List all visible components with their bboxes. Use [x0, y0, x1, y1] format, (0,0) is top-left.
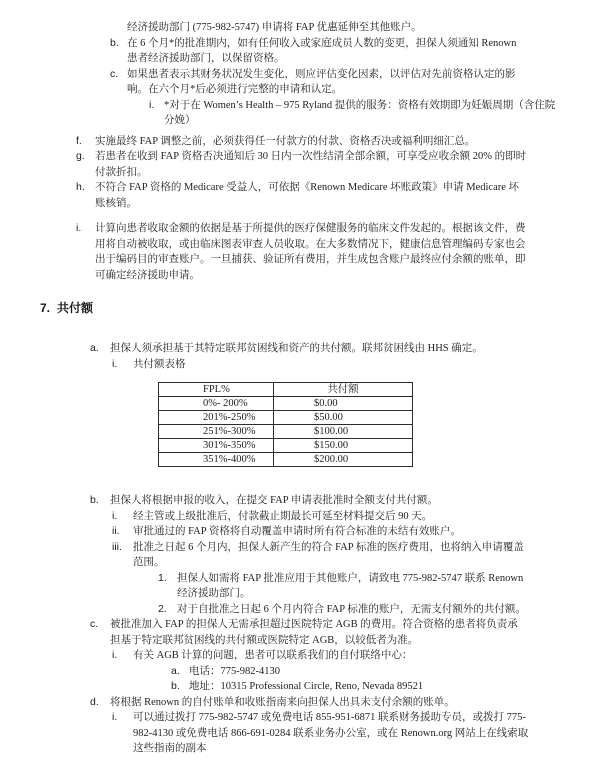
item-marker: f. [76, 134, 82, 150]
item-text: *对于在 Women’s Health – 975 Ryland 提供的服务：资… [164, 100, 555, 127]
item-text: 实施最终 FAP 调整之前，必须获得任一付款方的付款、资格否决或福利明细汇总。 [95, 136, 475, 147]
item-marker: ii. [112, 524, 120, 540]
item-marker: 1. [158, 571, 167, 587]
copay-cell-fpl: 301%-350% [159, 439, 274, 453]
item-text: 对于自批准之日起 6 个月内符合 FAP 标准的账户，无需支付额外的共付额。 [177, 604, 526, 615]
copay-cell-fpl: 0%- 200% [159, 397, 274, 411]
item-marker: c. [110, 67, 118, 83]
item-marker: i. [76, 221, 81, 237]
sec6-continuation-paragraph: 经济援助部门 (775-982-5747) 申请将 FAP 优惠延伸至其他账户。 [0, 20, 600, 36]
item-marker: b. [171, 679, 180, 695]
copay-table-row: 351%-400% $200.00 [159, 453, 413, 467]
paragraph-text: 经济援助部门 (775-982-5747) 申请将 FAP 优惠延伸至其他账户。 [127, 22, 422, 33]
item-text: 计算向患者收取金额的依据是基于所提供的医疗保健服务的临床文件发起的。根据该文件，… [95, 223, 526, 281]
sec7-item-d-i: i. 可以通过拨打 775-982-5747 或免费电话 855-951-687… [0, 710, 600, 757]
sec7-item-b: b. 担保人将根据申报的收入，在提交 FAP 申请表批准时全额支付共付额。 [0, 493, 600, 509]
item-marker: 2. [158, 602, 167, 618]
copay-table-row: 201%-250% $50.00 [159, 411, 413, 425]
item-text: 批准之日起 6 个月内，担保人新产生的符合 FAP 标准的医疗费用，也将纳入申请… [133, 542, 524, 569]
copay-table-row: 0%- 200% $0.00 [159, 397, 413, 411]
item-marker: c. [90, 617, 98, 633]
item-text: 将根据 Renown 的自付账单和收账指南来向担保人出具未支付余额的账单。 [110, 697, 455, 708]
item-text: 可以通过拨打 775-982-5747 或免费电话 855-951-6871 联… [133, 712, 528, 754]
copay-table: FPL% 共付额 0%- 200% $0.00 201%-250% $50.00… [158, 382, 413, 467]
sec7-item-b-i: i. 经主管或上级批准后，付款截止期最长可延至材料提交后 90 天。 [0, 509, 600, 525]
item-marker: iii. [112, 540, 122, 556]
sec6-item-h: h. 不符合 FAP 资格的 Medicare 受益人，可依据《Renown M… [0, 180, 600, 211]
item-text: 担保人须承担基于其特定联邦贫困线和资产的共付额。联邦贫困线由 HHS 确定。 [110, 343, 483, 354]
copay-cell-fpl: 201%-250% [159, 411, 274, 425]
item-marker: i. [112, 509, 117, 525]
item-marker: d. [90, 695, 99, 711]
item-text: 审批通过的 FAP 资格将自动覆盖申请时所有符合标准的未结有效账户。 [133, 526, 461, 537]
sec7-item-a: a. 担保人须承担基于其特定联邦贫困线和资产的共付额。联邦贫困线由 HHS 确定… [0, 341, 600, 357]
item-text: 担保人将根据申报的收入，在提交 FAP 申请表批准时全额支付共付额。 [110, 495, 438, 506]
sec7-item-c: c. 被批准加入 FAP 的担保人无需承担超过医院特定 AGB 的费用。符合资格… [0, 617, 600, 648]
copay-table-header-row: FPL% 共付额 [159, 383, 413, 397]
section-title: 共付额 [57, 301, 93, 315]
copay-cell-amount: $50.00 [274, 411, 413, 425]
sec7-item-c-i-a-phone: a. 电话：775-982-4130 [0, 664, 600, 680]
copay-cell-amount: $150.00 [274, 439, 413, 453]
sec6-item-g: g. 若患者在收到 FAP 资格否决通知后 30 日内一次性结清全部余额，可享受… [0, 149, 600, 180]
copay-table-row: 301%-350% $150.00 [159, 439, 413, 453]
sec6-item-b: b. 在 6 个月*的批准期内，如有任何收入或家庭成员人数的变更，担保人须通知 … [0, 36, 600, 67]
sec7-item-b-ii: ii. 审批通过的 FAP 资格将自动覆盖申请时所有符合标准的未结有效账户。 [0, 524, 600, 540]
sec7-item-b-iii: iii. 批准之日起 6 个月内，担保人新产生的符合 FAP 标准的医疗费用，也… [0, 540, 600, 571]
item-text: 经主管或上级批准后，付款截止期最长可延至材料提交后 90 天。 [133, 511, 432, 522]
item-text: 有关 AGB 计算的问题，患者可以联系我们的自付联络中心： [133, 650, 412, 661]
copay-header-amount: 共付额 [274, 383, 413, 397]
sec7-item-b-iii-1: 1. 担保人如需将 FAP 批准应用于其他账户，请致电 775-982-5747… [0, 571, 600, 602]
sec6-item-f: f. 实施最终 FAP 调整之前，必须获得任一付款方的付款、资格否决或福利明细汇… [0, 134, 600, 150]
copay-table-row: 251%-300% $100.00 [159, 425, 413, 439]
sec7-item-b-iii-2: 2. 对于自批准之日起 6 个月内符合 FAP 标准的账户，无需支付额外的共付额… [0, 602, 600, 618]
item-marker: i. [112, 710, 117, 726]
sec6-item-i: i. 计算向患者收取金额的依据是基于所提供的医疗保健服务的临床文件发起的。根据该… [0, 221, 600, 283]
copay-cell-amount: $0.00 [274, 397, 413, 411]
copay-cell-fpl: 251%-300% [159, 425, 274, 439]
item-text: 担保人如需将 FAP 批准应用于其他账户，请致电 775-982-5747 联系… [177, 573, 523, 600]
section-7-heading: 7. 共付额 [0, 300, 600, 316]
item-text: 不符合 FAP 资格的 Medicare 受益人，可依据《Renown Medi… [95, 182, 519, 209]
document-page: 经济援助部门 (775-982-5747) 申请将 FAP 优惠延伸至其他账户。… [0, 0, 600, 776]
sec6-item-c: c. 如果患者表示其财务状况发生变化，则应评估变化因素，以评估对先前资格认定的影… [0, 67, 600, 98]
section-number: 7. [40, 300, 50, 316]
item-text: 共付额表格 [133, 359, 186, 370]
item-marker: i. [149, 98, 154, 114]
item-marker: i. [112, 357, 117, 373]
sec7-item-a-note: i. 共付额表格 [0, 357, 600, 373]
item-marker: a. [171, 664, 180, 680]
copay-cell-fpl: 351%-400% [159, 453, 274, 467]
address-text: 地址：10315 Professional Circle, Reno, Neva… [189, 681, 423, 692]
item-marker: i. [112, 648, 117, 664]
item-marker: h. [76, 180, 85, 196]
item-marker: b. [110, 36, 119, 52]
copay-cell-amount: $200.00 [274, 453, 413, 467]
item-text: 被批准加入 FAP 的担保人无需承担超过医院特定 AGB 的费用。符合资格的患者… [110, 619, 518, 646]
sec7-item-c-i: i. 有关 AGB 计算的问题，患者可以联系我们的自付联络中心： [0, 648, 600, 664]
copay-header-fpl: FPL% [159, 383, 274, 397]
sec6-item-c-note: i. *对于在 Women’s Health – 975 Ryland 提供的服… [0, 98, 600, 129]
phone-number-text: 电话：775-982-4130 [189, 666, 280, 677]
sec7-item-c-i-b-address: b. 地址：10315 Professional Circle, Reno, N… [0, 679, 600, 695]
item-marker: g. [76, 149, 85, 165]
copay-cell-amount: $100.00 [274, 425, 413, 439]
item-text: 若患者在收到 FAP 资格否决通知后 30 日内一次性结清全部余额，可享受应收余… [95, 151, 526, 178]
item-text: 在 6 个月*的批准期内，如有任何收入或家庭成员人数的变更，担保人须通知 Ren… [127, 38, 516, 65]
item-marker: a. [90, 341, 99, 357]
sec7-item-d: d. 将根据 Renown 的自付账单和收账指南来向担保人出具未支付余额的账单。 [0, 695, 600, 711]
item-text: 如果患者表示其财务状况发生变化，则应评估变化因素，以评估对先前资格认定的影响。在… [127, 69, 516, 96]
item-marker: b. [90, 493, 99, 509]
